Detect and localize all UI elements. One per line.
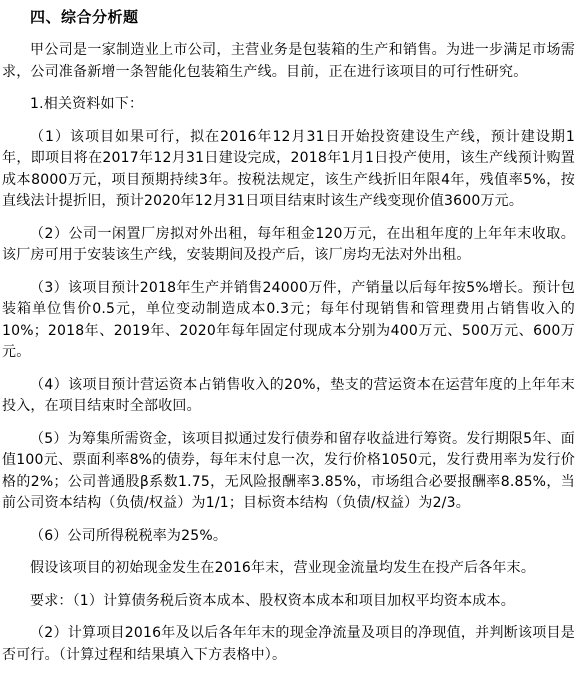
paragraph-requirement-1: 要求：（1）计算债务税后资本成本、股权资本成本和项目加权平均资本成本。 xyxy=(2,591,575,613)
document-page: 四、综合分析题 甲公司是一家制造业上市公司，主营业务是包装箱的生产和销售。为进一… xyxy=(0,0,579,683)
paragraph-item-3: （3）该项目预计2018年生产并销售24000万件，产销量以后每年按5%增长。预… xyxy=(2,278,575,364)
paragraph-requirement-2: （2）计算项目2016年及以后各年年末的现金净流量及项目的净现值，并判断该项目是… xyxy=(2,623,575,666)
paragraph-intro: 甲公司是一家制造业上市公司，主营业务是包装箱的生产和销售。为进一步满足市场需求，… xyxy=(2,40,575,83)
section-heading: 四、综合分析题 xyxy=(2,6,575,28)
paragraph-item-2: （2）公司一闲置厂房拟对外出租，每年租金120万元，在出租年度的上年年末收取。该… xyxy=(2,224,575,267)
paragraph-assumption: 假设该项目的初始现金发生在2016年末，营业现金流量均发生在投产后各年末。 xyxy=(2,558,575,580)
paragraph-item-1: （1）该项目如果可行，拟在2016年12月31日开始投资建设生产线，预计建设期1… xyxy=(2,127,575,213)
paragraph-item-4: （4）该项目预计营运资本占销售收入的20%，垫支的营运资本在运营年度的上年年末投… xyxy=(2,375,575,418)
paragraph-item-5: （5）为筹集所需资金，该项目拟通过发行债券和留存收益进行筹资。发行期限5年、面值… xyxy=(2,429,575,515)
paragraph-materials-lead: 1.相关资料如下： xyxy=(2,94,575,116)
paragraph-item-6: （6）公司所得税税率为25%。 xyxy=(2,526,575,548)
